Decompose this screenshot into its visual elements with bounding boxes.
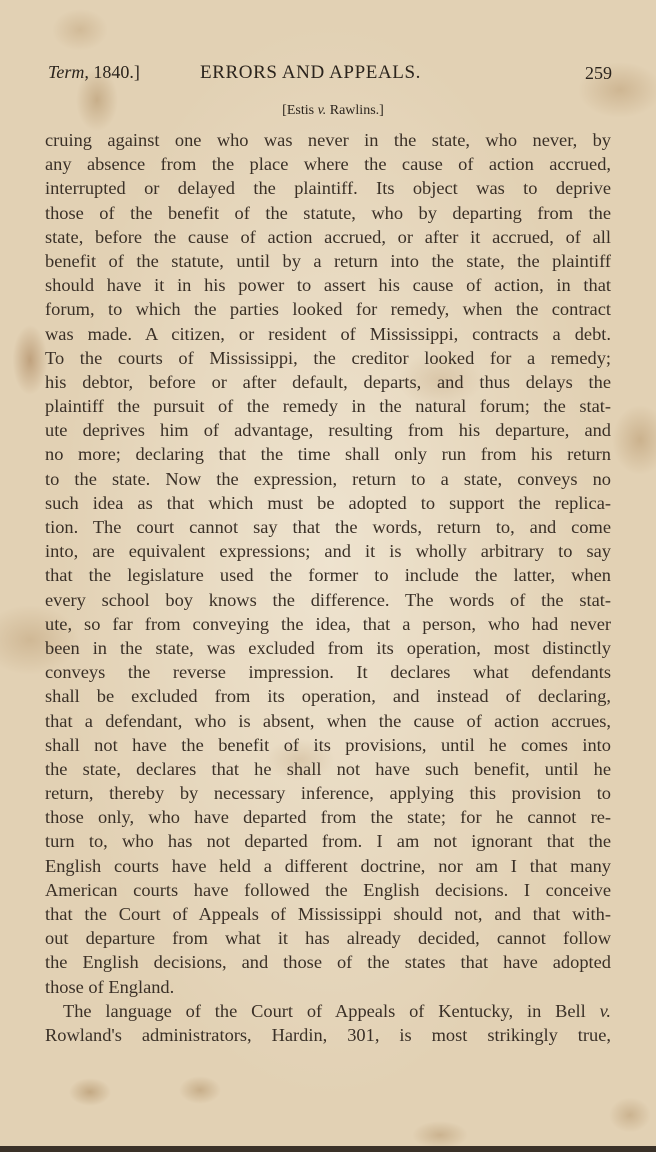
text-line: that a defendant, who is absent, when th… bbox=[45, 709, 611, 733]
text-line: interrupted or delayed the plaintiff. It… bbox=[45, 176, 611, 200]
text-line: should have it in his power to assert hi… bbox=[45, 273, 611, 297]
scanned-page: Term, 1840.] ERRORS AND APPEALS. 259 [Es… bbox=[0, 0, 656, 1146]
text-line: shall be excluded from its operation, an… bbox=[45, 684, 611, 708]
text-line: tion. The court cannot say that the word… bbox=[45, 515, 611, 539]
page-number: 259 bbox=[585, 63, 612, 84]
text-line: forum, to which the parties looked for r… bbox=[45, 297, 611, 321]
text-line: ute deprives him of advantage, resulting… bbox=[45, 418, 611, 442]
text-line: conveys the reverse impression. It decla… bbox=[45, 660, 611, 684]
text-line: every school boy knows the difference. T… bbox=[45, 588, 611, 612]
text-line: shall not have the benefit of its provis… bbox=[45, 733, 611, 757]
text-line: return, thereby by necessary inference, … bbox=[45, 781, 611, 805]
page-bottom-edge bbox=[0, 1146, 656, 1152]
term-word: Term, bbox=[48, 62, 89, 82]
term-label: Term, 1840.] bbox=[48, 62, 140, 83]
text-line: that the legislature used the former to … bbox=[45, 563, 611, 587]
text-line: Rowland's administrators, Hardin, 301, i… bbox=[45, 1023, 611, 1047]
text-line: those of the benefit of the statute, who… bbox=[45, 201, 611, 225]
text-line: ute, so far from conveying the idea, tha… bbox=[45, 612, 611, 636]
case-heading-close: Rawlins.] bbox=[326, 103, 384, 118]
text-line: English courts have held a different doc… bbox=[45, 854, 611, 878]
text-line: the English decisions, and those of the … bbox=[45, 950, 611, 974]
running-head: Term, 1840.] ERRORS AND APPEALS. 259 bbox=[48, 62, 612, 84]
text-line: The language of the Court of Appeals of … bbox=[45, 999, 611, 1023]
text-line: To the courts of Mississippi, the credit… bbox=[45, 346, 611, 370]
text-line: any absence from the place where the cau… bbox=[45, 152, 611, 176]
text-line: cruing against one who was never in the … bbox=[45, 128, 611, 152]
text-line: plaintiff the pursuit of the remedy in t… bbox=[45, 394, 611, 418]
case-heading-versus: v. bbox=[318, 103, 327, 118]
paragraph-2-line-1: The language of the Court of Appeals of … bbox=[63, 1001, 600, 1021]
term-year: 1840.] bbox=[93, 62, 140, 82]
text-line: turn to, who has not departed from. I am… bbox=[45, 829, 611, 853]
text-line: those of England. bbox=[45, 975, 611, 999]
body-text: cruing against one who was never in the … bbox=[45, 128, 611, 1047]
text-line: been in the state, was excluded from its… bbox=[45, 636, 611, 660]
page-title: ERRORS AND APPEALS. bbox=[200, 62, 421, 84]
text-line: to the state. Now the expression, return… bbox=[45, 467, 611, 491]
text-line: was made. A citizen, or resident of Miss… bbox=[45, 322, 611, 346]
case-heading: [Estis v. Rawlins.] bbox=[0, 103, 656, 119]
versus: v. bbox=[600, 1001, 611, 1021]
text-line: American courts have followed the Englis… bbox=[45, 878, 611, 902]
text-line: those only, who have departed from the s… bbox=[45, 805, 611, 829]
text-line: no more; declaring that the time shall o… bbox=[45, 442, 611, 466]
text-line: such idea as that which must be adopted … bbox=[45, 491, 611, 515]
text-line: state, before the cause of action accrue… bbox=[45, 225, 611, 249]
text-line: into, are equivalent expressions; and it… bbox=[45, 539, 611, 563]
text-line: the state, declares that he shall not ha… bbox=[45, 757, 611, 781]
text-line: benefit of the statute, until by a retur… bbox=[45, 249, 611, 273]
text-line: his debtor, before or after default, dep… bbox=[45, 370, 611, 394]
case-heading-open: [Estis bbox=[282, 103, 317, 118]
text-line: out departure from what it has already d… bbox=[45, 926, 611, 950]
text-line: that the Court of Appeals of Mississippi… bbox=[45, 902, 611, 926]
